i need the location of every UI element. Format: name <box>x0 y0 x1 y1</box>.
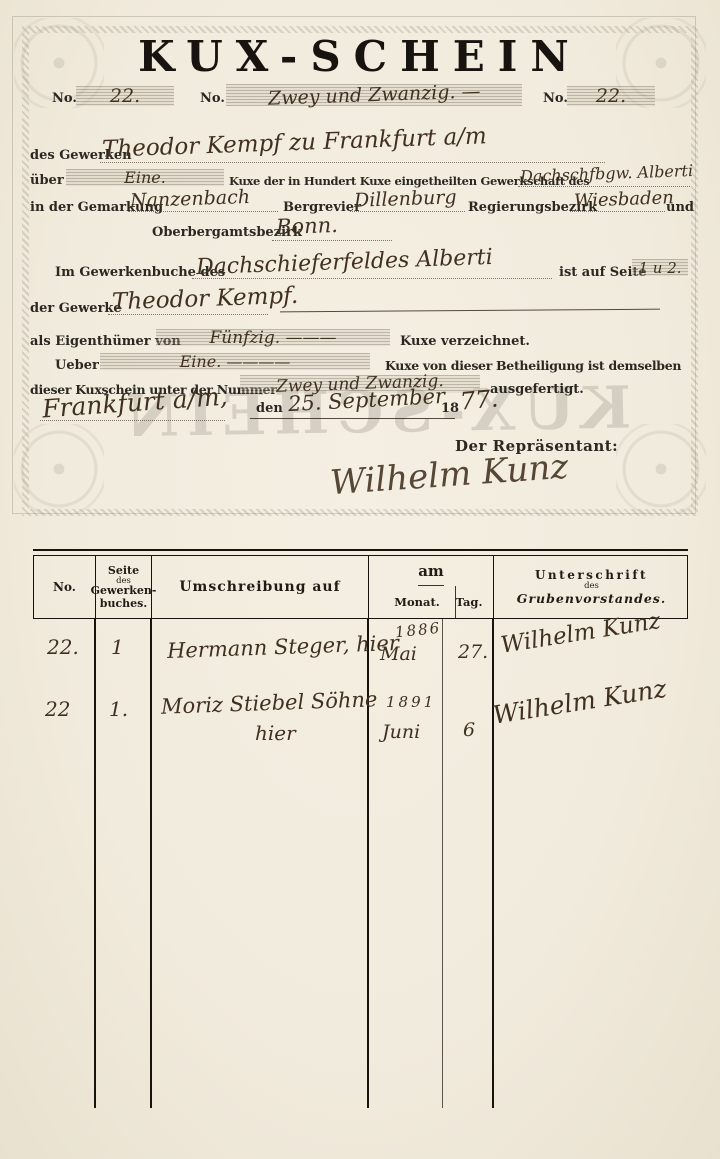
row-tag: 27. <box>458 641 488 663</box>
jahr-value: 77. <box>459 384 499 415</box>
header-unterschrift-label: Unterschrift <box>535 568 648 582</box>
no-value-middle: Zwey und Zwanzig. — <box>267 80 480 109</box>
jahr-printed-label: 18 <box>441 401 459 416</box>
gewerken-value: Theodor Kempf zu Frankfurt a/m <box>102 123 488 162</box>
transfer-table: No. Seite des Gewerken- buches. Umschrei… <box>33 549 688 1108</box>
header-monat: Monat. <box>380 586 456 618</box>
oberbergamt-value: Bonn. <box>276 213 339 239</box>
guide-line <box>100 162 605 163</box>
header-am-group: am Monat. Tag. <box>369 556 494 618</box>
column-divider <box>94 619 96 1108</box>
den-label: den <box>256 401 283 416</box>
header-seite: Seite des Gewerken- buches. <box>96 556 152 618</box>
gewerkenbuch-value: Dachschieferfeldes Alberti <box>196 245 493 280</box>
gewerkschaft-value: Dachschfbgw. Alberti <box>520 161 694 186</box>
row-no: 22 <box>45 697 70 721</box>
header-umschreibung: Umschreibung auf <box>152 556 369 618</box>
scanned-certificate-page: { "cert": { "title": "KUX-SCHEIN", "no_l… <box>0 0 720 1159</box>
column-divider <box>492 619 494 1108</box>
certificate-title: KUX-SCHEIN <box>0 32 720 81</box>
row-no: 22. <box>47 635 79 659</box>
header-umschreibung-label: Umschreibung auf <box>179 579 340 595</box>
kuxe-verzeichnet-label: Kuxe verzeichnet. <box>400 334 530 349</box>
table-top-rule <box>33 549 688 556</box>
no-field-left: 22. <box>76 86 174 106</box>
seite-value: 1 u 2. <box>638 259 681 277</box>
eigenthuemer-field: Fünfzig. ——— <box>156 329 390 346</box>
row-umschreibung-cont: hier <box>255 721 296 745</box>
header-am: am <box>418 556 444 586</box>
guide-line <box>272 240 392 241</box>
ueber2-label: Ueber <box>55 358 99 373</box>
und-label: und <box>666 200 694 215</box>
header-gewerken: Gewerken- <box>91 585 157 598</box>
eigenthuemer-value: Fünfzig. ——— <box>209 328 336 348</box>
no-label-middle: No. <box>200 91 225 106</box>
guide-line <box>250 418 455 419</box>
row-seite: 1 <box>111 635 124 659</box>
ueber2-field: Eine. ———— <box>100 353 370 370</box>
header-no-label: No. <box>53 580 76 594</box>
ueber-field: Eine. <box>66 169 224 186</box>
header-buches: buches. <box>100 598 147 611</box>
header-am-subrow: Monat. Tag. <box>380 586 483 618</box>
row-umschreibung: Moriz Stiebel Söhne <box>161 687 378 719</box>
ausgefertigt-label: ausgefertigt. <box>490 382 584 397</box>
bergrevier-value: Dillenburg <box>354 186 457 212</box>
fill-stroke-line <box>280 309 660 313</box>
gemarkung-value: Nanzenbach <box>130 186 251 212</box>
header-grubenvorstandes: Grubenvorstandes. <box>517 591 666 606</box>
ueber-label: über <box>30 173 64 188</box>
row-umschreibung: Hermann Steger, hier <box>167 631 400 663</box>
row-jahr: 1886 <box>394 619 442 642</box>
row-monat: Mai <box>380 643 417 665</box>
row-monat: Juni <box>382 721 420 743</box>
gewerke-value: Theodor Kempf. <box>112 283 299 315</box>
header-unterschrift: Unterschrift des Grubenvorstandes. <box>494 556 689 618</box>
regbez-value: Wiesbaden <box>574 187 675 211</box>
no-value-right: 22. <box>596 85 626 107</box>
column-divider-thin <box>442 619 443 1108</box>
row-signature: Wilhelm Kunz <box>491 674 669 730</box>
guide-line <box>40 420 225 421</box>
no-field-right: 22. <box>567 86 655 106</box>
repraesentant-signature: Wilhelm Kunz <box>329 447 570 504</box>
header-unterschrift-des: des <box>584 582 599 591</box>
no-label-right: No. <box>543 91 568 106</box>
ueber-value: Eine. <box>124 168 166 187</box>
table-header-row: No. Seite des Gewerken- buches. Umschrei… <box>33 556 688 619</box>
header-tag: Tag. <box>456 586 483 618</box>
frame-corner-ornament <box>616 424 706 514</box>
row-tag: 6 <box>463 719 475 741</box>
row-seite: 1. <box>109 697 128 721</box>
header-no: No. <box>34 556 96 618</box>
seite-field: 1 u 2. <box>632 259 688 276</box>
table-body: 22. 1 Hermann Steger, hier 1886 Mai 27. … <box>33 619 688 1108</box>
no-field-middle: Zwey und Zwanzig. — <box>226 84 522 106</box>
guide-line <box>108 314 268 315</box>
guide-line <box>192 278 552 279</box>
header-seite-label: Seite <box>108 564 139 577</box>
guide-line <box>570 211 665 212</box>
row-jahr: 1891 <box>386 693 436 711</box>
ueber2-value: Eine. ———— <box>180 352 291 371</box>
no-label-left: No. <box>52 91 77 106</box>
guide-line <box>350 211 465 212</box>
column-divider <box>150 619 152 1108</box>
guide-line <box>128 211 278 212</box>
frame-corner-ornament <box>14 424 104 514</box>
no-value-left: 22. <box>110 85 140 107</box>
